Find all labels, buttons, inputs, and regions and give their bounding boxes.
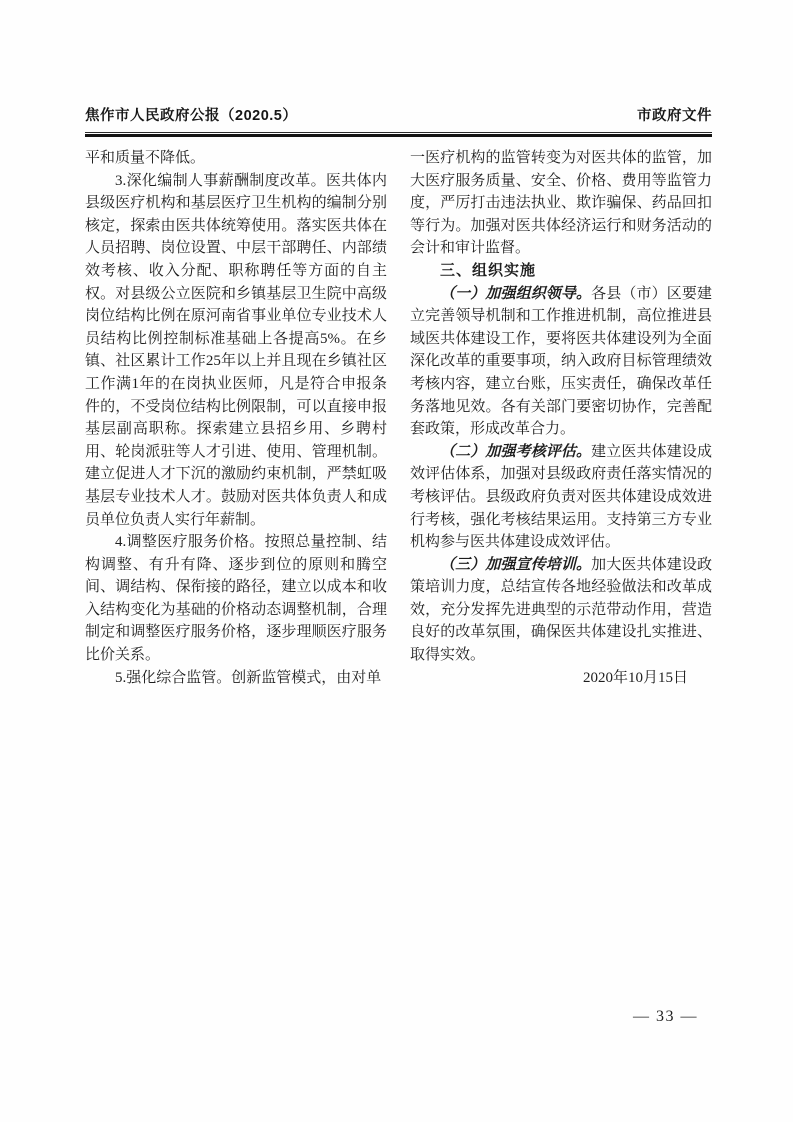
- header-left-title: 焦作市人民政府公报（2020.5）: [85, 104, 297, 125]
- paragraph-sub-1: （一）加强组织领导。各县（市）区要建立完善领导机制和工作推进机制，高位推进县域医…: [410, 283, 712, 441]
- paragraph-item-4: 4.调整医疗服务价格。按照总量控制、结构调整、有升有降、逐步到位的原则和腾空间、…: [85, 531, 387, 667]
- paragraph-sub-3: （三）加强宣传培训。加大医共体建设政策培训力度，总结宣传各地经验做法和改革成效，…: [410, 554, 712, 667]
- sub-item-lead-3: （三）加强宣传培训。: [440, 557, 591, 573]
- document-body: 平和质量不降低。 3.深化编制人事薪酬制度改革。医共体内县级医疗机构和基层医疗卫…: [85, 147, 712, 689]
- document-page: 焦作市人民政府公报（2020.5） 市政府文件 平和质量不降低。 3.深化编制人…: [0, 0, 793, 1122]
- section-heading: 三、组织实施: [410, 260, 712, 283]
- header-row: 焦作市人民政府公报（2020.5） 市政府文件: [85, 104, 712, 125]
- sub-item-text-1: 各县（市）区要建立完善领导机制和工作推进机制，高位推进县域医共体建设工作，要将医…: [410, 286, 712, 438]
- right-column: 一医疗机构的监管转变为对医共体的监管，加大医疗服务质量、安全、价格、费用等监管力…: [410, 147, 712, 689]
- sub-item-lead-2: （二）加强考核评估。: [440, 444, 591, 460]
- page-number: — 33 —: [633, 1008, 698, 1026]
- header-rule: [85, 132, 712, 137]
- paragraph-sub-2: （二）加强考核评估。建立医共体建设成效评估体系，加强对县级政府责任落实情况的考核…: [410, 441, 712, 554]
- paragraph-continuation: 一医疗机构的监管转变为对医共体的监管，加大医疗服务质量、安全、价格、费用等监管力…: [410, 147, 712, 260]
- page-header: 焦作市人民政府公报（2020.5） 市政府文件: [85, 104, 712, 137]
- header-right-title: 市政府文件: [637, 104, 712, 125]
- document-date: 2020年10月15日: [410, 667, 712, 690]
- sub-item-lead-1: （一）加强组织领导。: [440, 286, 591, 302]
- paragraph-continuation: 平和质量不降低。: [85, 147, 387, 170]
- left-column: 平和质量不降低。 3.深化编制人事薪酬制度改革。医共体内县级医疗机构和基层医疗卫…: [85, 147, 387, 689]
- paragraph-item-5: 5.强化综合监管。创新监管模式，由对单: [85, 667, 387, 690]
- paragraph-item-3: 3.深化编制人事薪酬制度改革。医共体内县级医疗机构和基层医疗卫生机构的编制分别核…: [85, 170, 387, 532]
